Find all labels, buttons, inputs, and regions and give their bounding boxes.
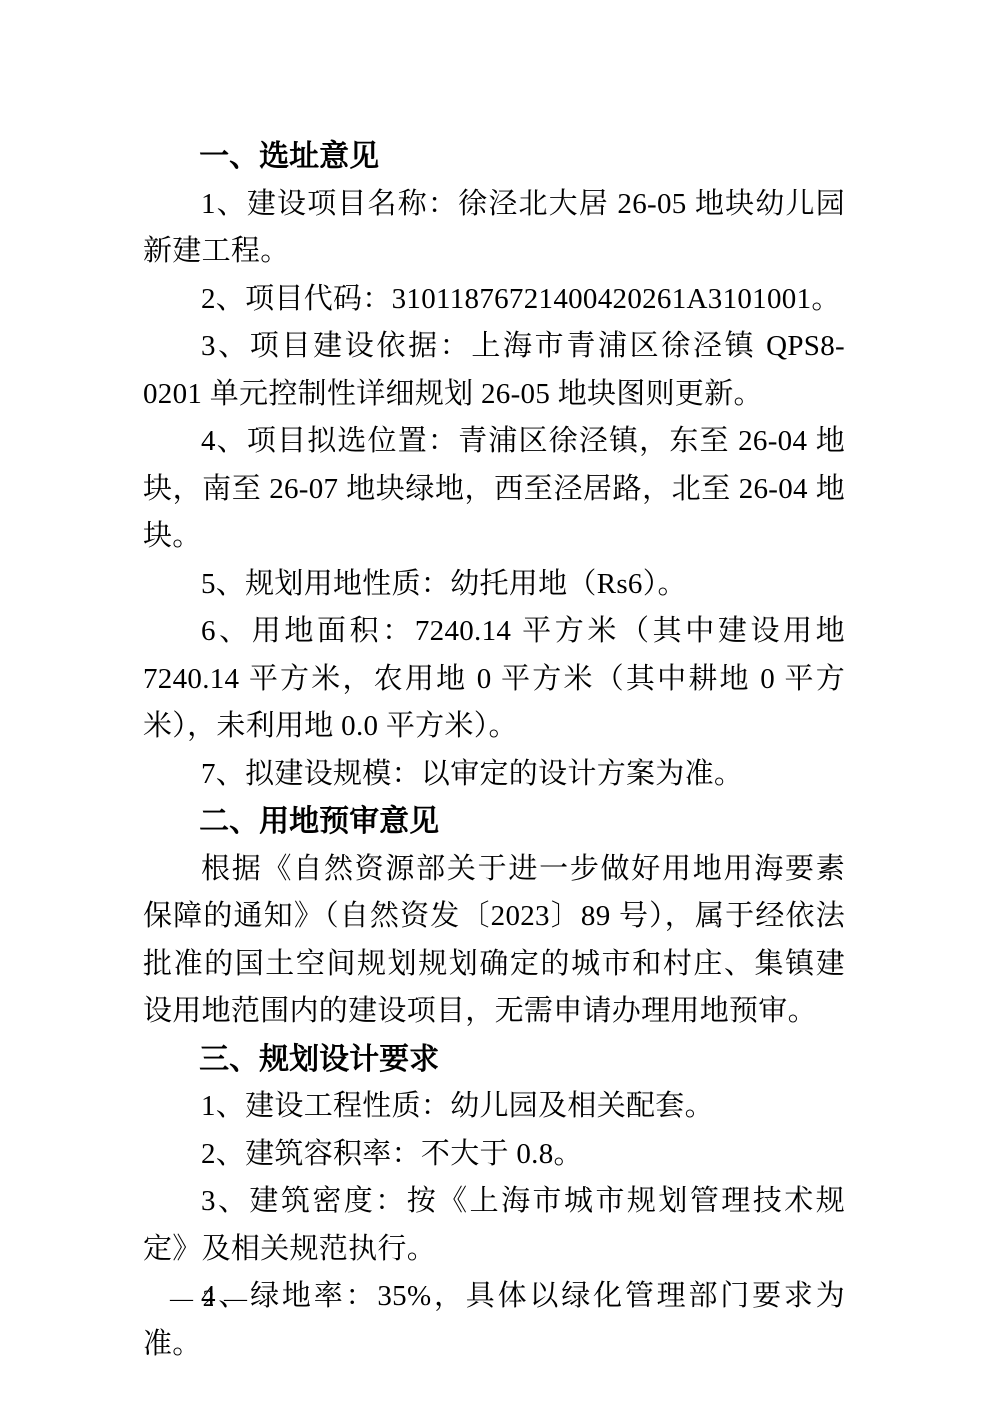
paragraph-project-name: 1、建设项目名称：徐泾北大居 26-05 地块幼儿园新建工程。 (143, 181, 845, 276)
paragraph-project-location: 4、项目拟选位置：青浦区徐泾镇，东至 26-04 地块，南至 26-07 地块绿… (143, 418, 845, 561)
paragraph-land-area: 6、用地面积：7240.14 平方米（其中建设用地 7240.14 平方米，农用… (143, 608, 845, 751)
paragraph-project-basis: 3、项目建设依据：上海市青浦区徐泾镇 QPS8-0201 单元控制性详细规划 2… (143, 323, 845, 418)
paragraph-land-use-nature: 5、规划用地性质：幼托用地（Rs6）。 (143, 561, 845, 609)
document-page: 一、选址意见 1、建设项目名称：徐泾北大居 26-05 地块幼儿园新建工程。 2… (0, 0, 992, 1403)
page-number: — 2 — (170, 1284, 249, 1314)
paragraph-preexamination-body: 根据《自然资源部关于进一步做好用地用海要素保障的通知》（自然资发〔2023〕89… (143, 846, 845, 1036)
document-content: 一、选址意见 1、建设项目名称：徐泾北大居 26-05 地块幼儿园新建工程。 2… (143, 133, 845, 1368)
paragraph-project-code: 2、项目代码：31011876721400420261A3101001。 (143, 276, 845, 324)
paragraph-construction-scale: 7、拟建设规模：以审定的设计方案为准。 (143, 751, 845, 799)
section-heading-planning-design: 三、规划设计要求 (143, 1036, 845, 1084)
section-heading-site-selection: 一、选址意见 (143, 133, 845, 181)
paragraph-building-density: 3、建筑密度：按《上海市城市规划管理技术规定》及相关规范执行。 (143, 1178, 845, 1273)
section-heading-land-preexamination: 二、用地预审意见 (143, 798, 845, 846)
paragraph-project-nature: 1、建设工程性质：幼儿园及相关配套。 (143, 1083, 845, 1131)
paragraph-plot-ratio: 2、建筑容积率：不大于 0.8。 (143, 1131, 845, 1179)
